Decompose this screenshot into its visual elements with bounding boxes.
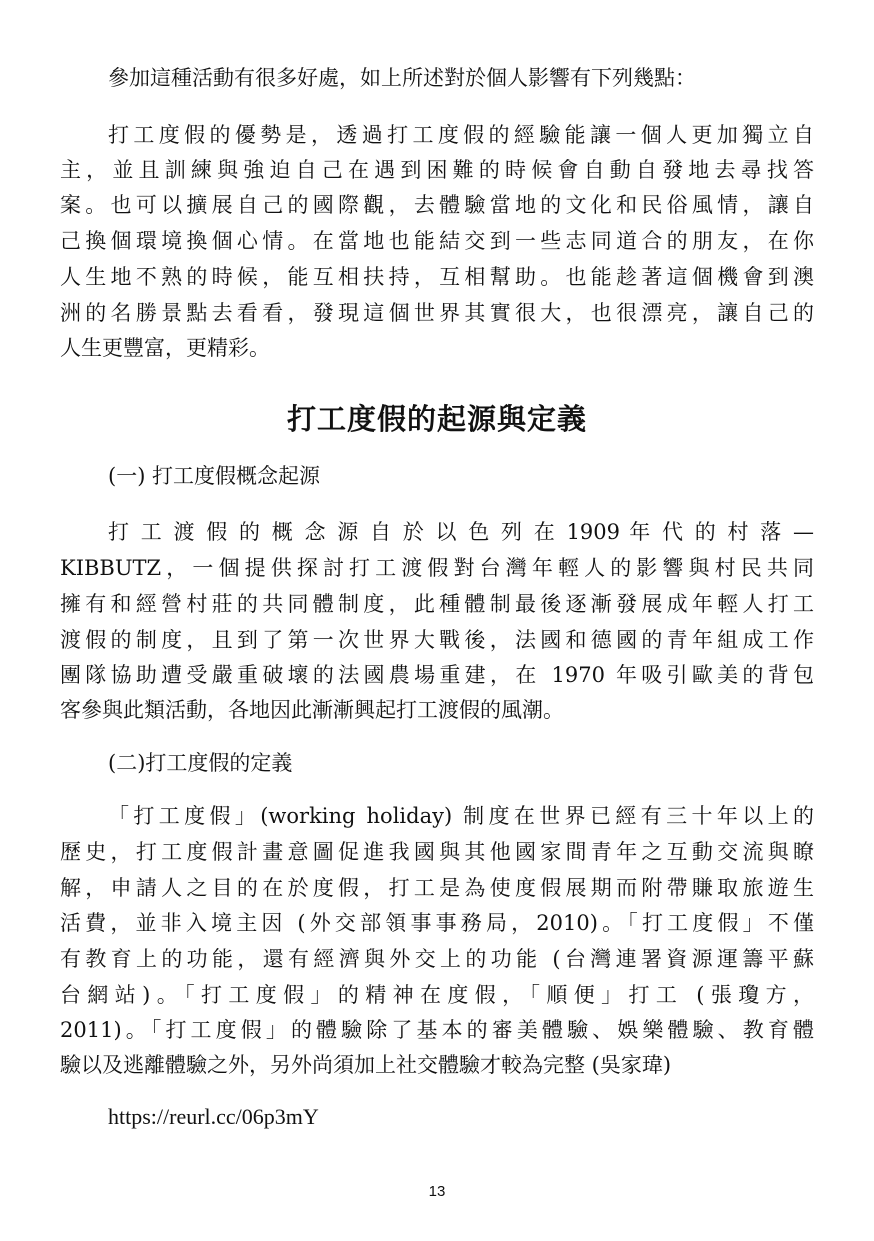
- document-page: 參加這種活動有很多好處，如上所述對於個人影響有下列幾點： 打工度假的優勢是，透過…: [0, 0, 874, 1241]
- paragraph-line: 解，申請人之目的在於度假，打工是為使度假展期而附帶賺取旅遊生: [60, 873, 814, 903]
- paragraph-line: 擁有和經營村莊的共同體制度，此種體制最後逐漸發展成年輕人打工: [60, 589, 814, 619]
- page-number: 13: [0, 1182, 874, 1202]
- paragraph-line: 台網站)。「打工度假」的精神在度假，「順便」打工 (張瓊方，: [60, 980, 814, 1010]
- paragraph-line: 2011)。「打工度假」的體驗除了基本的審美體驗、娛樂體驗、教育體: [60, 1015, 814, 1045]
- paragraph-line: 人生更豐富，更精彩。: [60, 333, 814, 363]
- intro-line: 參加這種活動有很多好處，如上所述對於個人影響有下列幾點：: [108, 63, 814, 93]
- source-link[interactable]: https://reurl.cc/06p3mY: [108, 1102, 319, 1132]
- paragraph-line: 打工度假的優勢是，透過打工度假的經驗能讓一個人更加獨立自: [108, 120, 814, 150]
- paragraph-line: 客參與此類活動，各地因此漸漸興起打工渡假的風潮。: [60, 695, 814, 725]
- paragraph-line: 活費，並非入境主因 (外交部領事事務局，2010)。「打工度假」不僅: [60, 908, 814, 938]
- paragraph-line: 案。也可以擴展自己的國際觀，去體驗當地的文化和民俗風情，讓自: [60, 190, 814, 220]
- paragraph-line: 洲的名勝景點去看看，發現這個世界其實很大，也很漂亮，讓自己的: [60, 298, 814, 328]
- paragraph-line: 己換個環境換個心情。在當地也能結交到一些志同道合的朋友，在你: [60, 226, 814, 256]
- paragraph-line: 團隊協助遭受嚴重破壞的法國農場重建，在 1970 年吸引歐美的背包: [60, 660, 814, 690]
- paragraph-line: 歷史，打工度假計畫意圖促進我國與其他國家間青年之互動交流與瞭: [60, 837, 814, 867]
- paragraph-line: 打 工 渡 假 的 概 念 源 自 於 以 色 列 在 1909 年 代 的 村…: [108, 517, 814, 547]
- subsection-2-title: (二)打工度假的定義: [108, 748, 292, 778]
- paragraph-line: 有教育上的功能，還有經濟與外交上的功能 (台灣連署資源運籌平蘇: [60, 944, 814, 974]
- paragraph-line: 「打工度假」(working holiday) 制度在世界已經有三十年以上的: [108, 801, 814, 831]
- subsection-1-title: (一) 打工度假概念起源: [108, 461, 320, 491]
- paragraph-line: 主，並且訓練與強迫自己在遇到困難的時候會自動自發地去尋找答: [60, 155, 814, 185]
- section-title: 打工度假的起源與定義: [0, 400, 874, 438]
- paragraph-line: 人生地不熟的時候，能互相扶持，互相幫助。也能趁著這個機會到澳: [60, 262, 814, 292]
- paragraph-line: 驗以及逃離體驗之外，另外尚須加上社交體驗才較為完整 (吳家瑋): [60, 1050, 814, 1080]
- paragraph-line: KIBBUTZ，一個提供探討打工渡假對台灣年輕人的影響與村民共同: [60, 553, 814, 583]
- paragraph-line: 渡假的制度，且到了第一次世界大戰後，法國和德國的青年組成工作: [60, 625, 814, 655]
